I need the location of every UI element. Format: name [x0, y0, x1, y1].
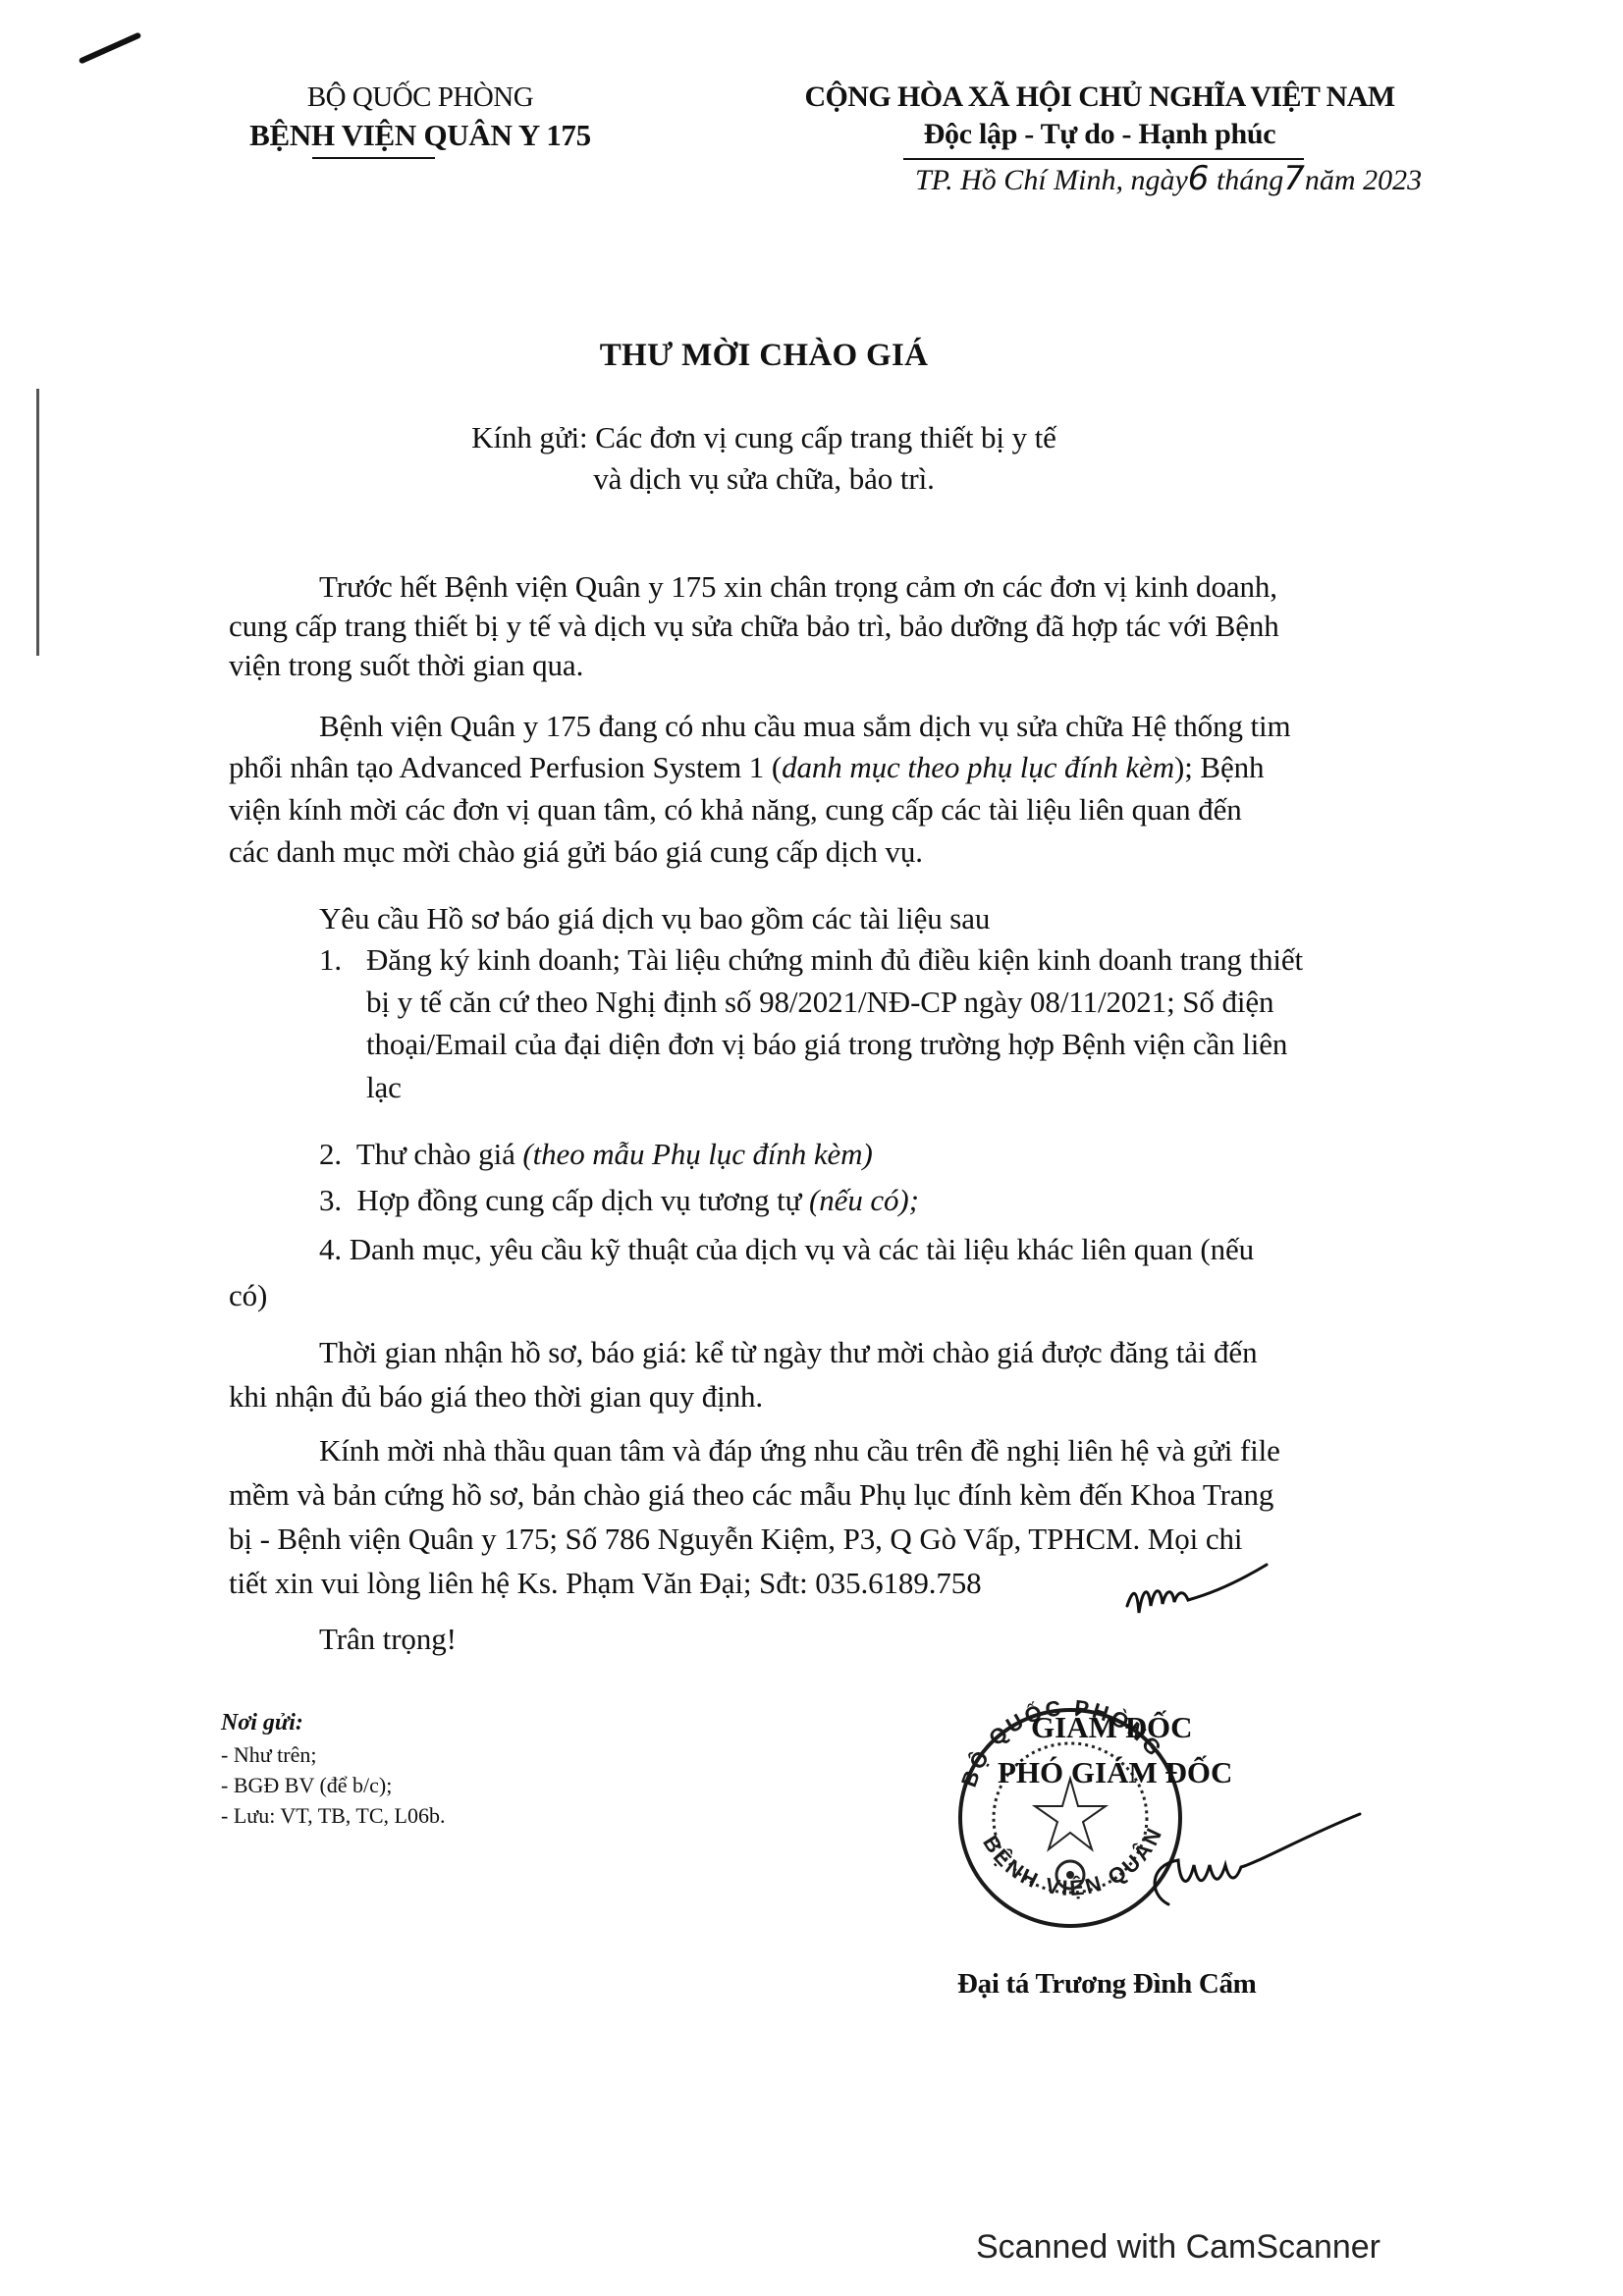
closing-text: Trân trọng! — [319, 1622, 457, 1657]
paragraph-1-line-3: viện trong suốt thời gian qua. — [229, 648, 583, 683]
paragraph-2-text: phổi nhân tạo Advanced Perfusion System … — [229, 750, 782, 784]
recipient-item-3: - Lưu: VT, TB, TC, L06b. — [221, 1803, 445, 1829]
requirement-1-line-1: Đăng ký kinh doanh; Tài liệu chứng minh … — [366, 942, 1303, 978]
requirement-1-number: 1. — [319, 942, 342, 978]
document-date: TP. Hồ Chí Minh, ngày6 tháng7năm 2023 — [915, 159, 1422, 198]
requirement-3: 3. Hợp đồng cung cấp dịch vụ tương tự (n… — [319, 1183, 919, 1218]
paragraph-2-line-3: viện kính mời các đơn vị quan tâm, có kh… — [229, 792, 1242, 828]
requirement-1-line-2: bị y tế căn cứ theo Nghị định số 98/2021… — [366, 985, 1273, 1020]
document-title: THƯ MỜI CHÀO GIÁ — [600, 338, 929, 374]
date-year: năm 2023 — [1305, 164, 1422, 196]
requirement-2-text: Thư chào giá — [356, 1137, 523, 1171]
recipient-line-2: và dịch vụ sửa chữa, bảo trì. — [593, 461, 935, 497]
paragraph-4-line-2: mềm và bản cứng hồ sơ, bản chào giá theo… — [229, 1477, 1273, 1513]
requirement-2-number: 2. — [319, 1137, 342, 1171]
initials-signature — [1119, 1559, 1276, 1628]
paragraph-2-line-1: Bệnh viện Quân y 175 đang có nhu cầu mua… — [319, 709, 1291, 744]
requirement-4-line-2: có) — [229, 1278, 267, 1313]
signer-name: Đại tá Trương Đình Cẩm — [957, 1968, 1257, 2001]
camscanner-watermark: Scanned with CamScanner — [976, 2228, 1380, 2267]
date-month: 7 — [1283, 159, 1305, 198]
paragraph-2-line-4: các danh mục mời chào giá gửi báo giá cu… — [229, 834, 923, 870]
requirement-4-line-1: 4. Danh mục, yêu cầu kỹ thuật của dịch v… — [319, 1232, 1254, 1267]
paragraph-2-line-2: phổi nhân tạo Advanced Perfusion System … — [229, 750, 1264, 785]
national-motto: Độc lập - Tự do - Hạnh phúc — [924, 118, 1276, 151]
requirement-2-note: (theo mẫu Phụ lục đính kèm) — [522, 1137, 872, 1171]
recipient-item-1: - Như trên; — [221, 1742, 316, 1768]
hospital-name: BỆNH VIỆN QUÂN Y 175 — [249, 118, 591, 153]
ministry-name: BỘ QUỐC PHÒNG — [307, 81, 533, 114]
signature-title-director: GIÁM ĐỐC — [1031, 1710, 1192, 1745]
director-signature — [1109, 1806, 1365, 1914]
paragraph-4-line-1: Kính mời nhà thầu quan tâm và đáp ứng nh… — [319, 1433, 1280, 1468]
date-month-label: tháng — [1217, 164, 1283, 196]
paragraph-2-italic-note: danh mục theo phụ lục đính kèm — [782, 750, 1174, 784]
requirement-3-text: Hợp đồng cung cấp dịch vụ tương tự — [356, 1183, 809, 1217]
paragraph-3-line-2: khi nhận đủ báo giá theo thời gian quy đ… — [229, 1379, 763, 1415]
requirement-3-note: (nếu có) — [809, 1183, 909, 1217]
requirement-2: 2. Thư chào giá (theo mẫu Phụ lục đính k… — [319, 1137, 873, 1172]
date-day: 6 — [1188, 159, 1210, 198]
requirement-3-number: 3. — [319, 1183, 342, 1217]
pen-stroke-mark — [79, 31, 142, 64]
paragraph-1-line-2: cung cấp trang thiết bị y tế và dịch vụ … — [229, 609, 1279, 644]
requirement-1-line-4: lạc — [366, 1070, 402, 1105]
hospital-underline — [312, 157, 435, 159]
paragraph-1-line-1: Trước hết Bệnh viện Quân y 175 xin chân … — [319, 569, 1277, 605]
signature-title-deputy-director: PHÓ GIÁM ĐỐC — [998, 1755, 1232, 1790]
date-prefix: TP. Hồ Chí Minh, ngày — [915, 164, 1188, 196]
recipient-item-2: - BGĐ BV (để b/c); — [221, 1773, 392, 1798]
paragraph-4-line-4: tiết xin vui lòng liên hệ Ks. Phạm Văn Đ… — [229, 1566, 982, 1601]
requirements-intro: Yêu cầu Hồ sơ báo giá dịch vụ bao gồm cá… — [319, 901, 990, 936]
scan-edge-line — [36, 389, 39, 656]
republic-name: CỘNG HÒA XÃ HỘI CHỦ NGHĨA VIỆT NAM — [804, 80, 1394, 114]
paragraph-4-line-3: bị - Bệnh viện Quân y 175; Số 786 Nguyễn… — [229, 1522, 1242, 1557]
requirement-1-line-3: thoại/Email của đại diện đơn vị báo giá … — [366, 1027, 1287, 1062]
recipients-heading: Nơi gửi: — [221, 1710, 303, 1736]
paragraph-3-line-1: Thời gian nhận hồ sơ, báo giá: kể từ ngà… — [319, 1335, 1258, 1370]
requirement-3-tail: ; — [909, 1183, 919, 1217]
paragraph-2-text-tail: ); Bệnh — [1174, 750, 1264, 784]
recipient-line-1: Kính gửi: Các đơn vị cung cấp trang thiế… — [471, 420, 1056, 455]
